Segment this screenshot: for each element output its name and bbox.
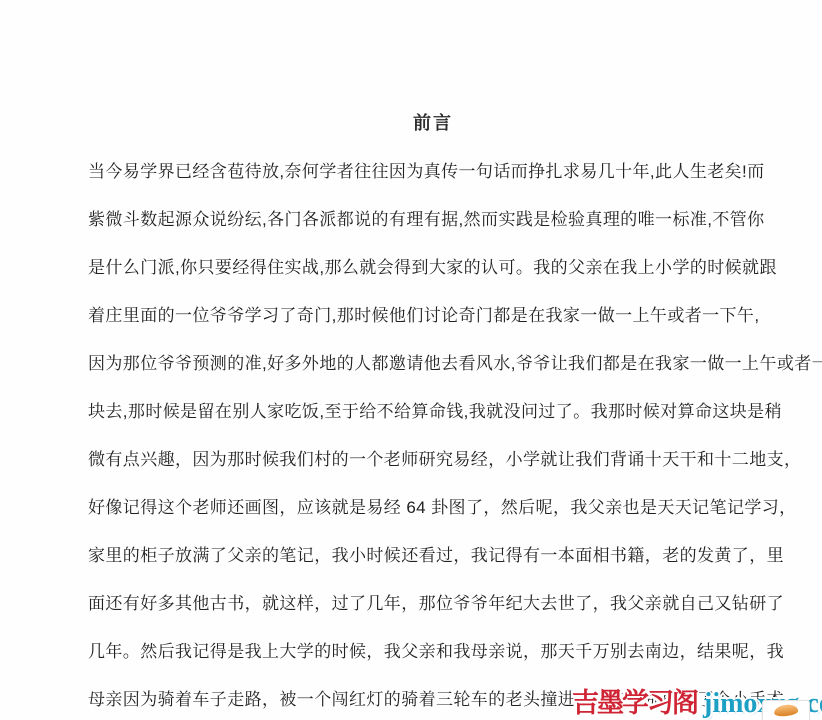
page-title: 前言 [0,109,822,135]
preface-text: 当今易学界已经含苞待放,奈何学者往往因为真传一句话而挣扎求易几十年,此人生老矣!… [88,148,822,720]
hand-cursor-icon [773,704,798,717]
text-line: 是什么门派,你只要经得住实战,那么就会得到大家的认可。我的父亲在我上小学的时候就… [88,244,822,292]
text-line: 面还有好多其他古书，就这样，过了几年，那位爷爷年纪大去世了，我父亲就自己又钻研了 [88,580,822,628]
floating-tool-button[interactable] [762,700,810,720]
text-line: 当今易学界已经含苞待放,奈何学者往往因为真传一句话而挣扎求易几十年,此人生老矣!… [88,148,822,196]
text-line: 紫微斗数起源众说纷纭,各门各派都说的有理有据,然而实践是检验真理的唯一标准,不管… [88,196,822,244]
text-line: 着庄里面的一位爷爷学习了奇门,那时候他们讨论奇门都是在我家一做一上午或者一下午, [88,292,822,340]
document-page: 前言 当今易学界已经含苞待放,奈何学者往往因为真传一句话而挣扎求易几十年,此人生… [0,0,822,720]
text-line: 微有点兴趣，因为那时候我们村的一个老师研究易经，小学就让我们背诵十天干和十二地支… [88,436,822,484]
watermark-site-name: 吉墨学习阁 [572,681,697,720]
text-line: 因为那位爷爷预测的准,好多外地的人都邀请他去看风水,爷爷让我们都是在我家一做一上… [88,340,822,388]
text-line: 好像记得这个老师还画图，应该就是易经 64 卦图了，然后呢，我父亲也是天天记笔记… [88,484,822,532]
text-line: 块去,那时候是留在别人家吃饭,至于给不给算命钱,我就没问过了。我那时候对算命这块… [88,388,822,436]
text-line: 几年。然后我记得是我上大学的时候，我父亲和我母亲说，那天千万别去南边，结果呢，我 [88,628,822,676]
text-line: 家里的柜子放满了父亲的笔记，我小时候还看过，我记得有一本面相书籍，老的发黄了，里 [88,532,822,580]
